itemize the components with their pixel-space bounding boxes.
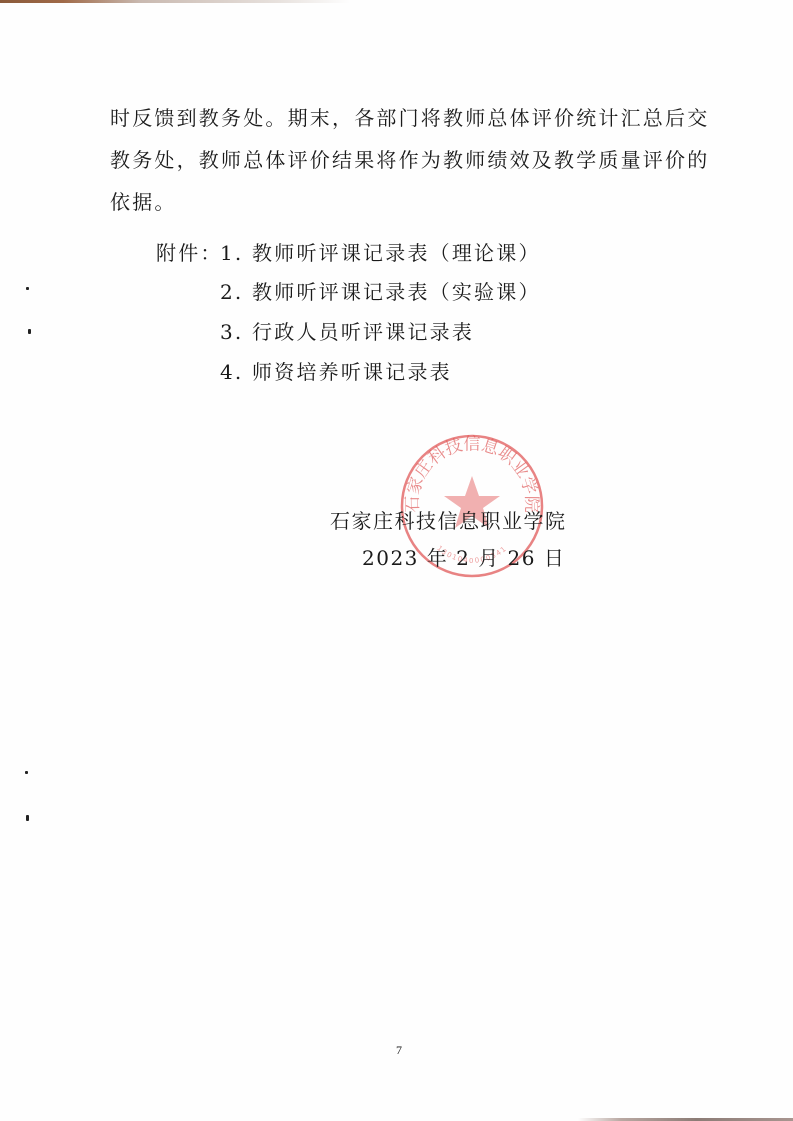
paragraph-line: 教务处，教师总体评价结果将作为教师绩效及教学质量评价的 [110,139,700,181]
paragraph-line: 时反馈到教务处。期末，各部门将教师总体评价统计汇总后交 [110,97,700,139]
attachment-item: 2. 教师听评课记录表（实验课） [220,276,541,305]
signature-date: 2023 年 2 月 26 日 [362,542,565,571]
attachment-item: 1. 教师听评课记录表（理论课） [220,237,541,266]
paragraph-line: 依据。 [110,181,700,223]
binding-hole-mark [26,287,29,290]
attachments-label: 附件： [156,237,223,266]
attachment-item: 3. 行政人员听评课记录表 [220,316,474,345]
scan-edge-top [0,0,350,3]
attachment-item: 4. 师资培养听课记录表 [220,356,452,385]
signature-organization: 石家庄科技信息职业学院 [330,505,567,534]
body-paragraph: 时反馈到教务处。期末，各部门将教师总体评价统计汇总后交 教务处，教师总体评价结果… [110,97,700,223]
binding-hole-mark [26,815,29,821]
binding-hole-mark [28,329,31,334]
page-number: 7 [396,1043,402,1058]
binding-hole-mark [25,771,28,774]
svg-text:石家庄科技信息职业学院: 石家庄科技信息职业学院 [403,435,541,513]
